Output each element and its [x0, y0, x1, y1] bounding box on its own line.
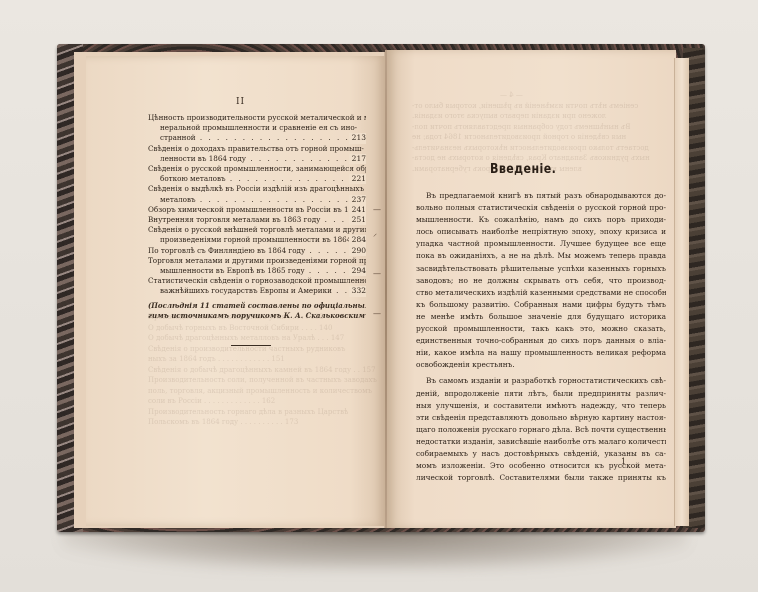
- bleedthrough-line: Польскомъ въ 1864 году . . . . . . . . .…: [148, 417, 298, 427]
- toc-leader-dots: . . . . . . . . . . . . . . . . . . . . …: [196, 133, 366, 142]
- toc-entry-text: ленности въ 1864 году . . . . . . . . . …: [148, 154, 366, 164]
- text-line: ныя улучшенія, и составители имѣютъ наде…: [416, 400, 666, 412]
- toc-entry: Внутренняя торговля металами въ 1863 год…: [148, 215, 366, 225]
- chapter-title: Введеніе.: [490, 162, 556, 177]
- bleedthrough-line: достаетъ только производительности нѣкот…: [412, 143, 649, 153]
- toc-entry-text-last: По торговлѣ съ Финляндіею въ 1864 году: [148, 246, 305, 255]
- bleedthrough-line: О добычѣ горныхъ въ Восточной Сибири . .…: [148, 323, 332, 333]
- text-line: русской промышленности, такъ какъ это, м…: [416, 323, 666, 335]
- toc-entry: Свѣденія о русской внѣшней торговлѣ мета…: [148, 225, 366, 245]
- toc-note-line: (Послѣднія 11 статей составлены по офиці…: [148, 301, 366, 311]
- toc-entry: Обзоръ химической промышленности въ Росс…: [148, 205, 366, 215]
- text-line: къ большому развитію. Собранныя нами циф…: [416, 299, 666, 311]
- bleedthrough-line: ныхъ за 1864 годъ . . . . . . . . . . . …: [148, 354, 285, 364]
- bleedthrough-line: Въ нынѣшнемъ году собранныя представляют…: [412, 122, 630, 132]
- toc-entry-text: неральной промышленности и сравненіе ея …: [148, 123, 366, 133]
- text-line: Въ самомъ изданіи и разработкѣ горностат…: [416, 375, 666, 387]
- text-line: пока въ ожиданіяхъ, а не на дѣлѣ. Мы мож…: [416, 250, 666, 262]
- toc-entry-text-last: Обзоръ химической промышленности въ Росс…: [148, 205, 366, 214]
- text-line: ство металическихъ издѣлій казенными сре…: [416, 287, 666, 299]
- toc-entry-text: Свѣденія о доходахъ правительства отъ го…: [148, 144, 366, 154]
- bleedthrough-line: поль, торговля, акцизный промышленность …: [148, 386, 372, 396]
- toc-entry: Торговля металами и другими произведенія…: [148, 256, 366, 276]
- toc-entry: По торговлѣ съ Финляндіею въ 1864 году .…: [148, 246, 366, 256]
- toc-page-number: 241: [349, 205, 366, 215]
- section-rule: [231, 345, 271, 346]
- folio-number: II: [236, 97, 245, 107]
- paragraph: Въ самомъ изданіи и разработкѣ горностат…: [416, 375, 666, 484]
- bleedthrough-line: ложено при изданіи перваго выпуска этого…: [412, 111, 606, 121]
- toc-page-number: 221: [349, 174, 366, 184]
- toc-entry: Цѣнность производительности русской мета…: [148, 113, 366, 144]
- toc-list: Цѣнность производительности русской мета…: [148, 113, 366, 297]
- introduction-text: Въ предлагаемой книгѣ въ пятый разъ обна…: [416, 190, 666, 488]
- bleedthrough-line: Свѣденія о добычѣ драгоцѣнныхъ камней въ…: [148, 365, 376, 375]
- toc-page-number: 217: [349, 154, 366, 164]
- text-line: деній, впродолженіе пяти лѣтъ, были пред…: [416, 388, 666, 400]
- toc-entry-text-last: металовъ: [160, 195, 196, 204]
- bleedthrough-line: Производительность горнаго дѣла в разных…: [148, 407, 348, 417]
- margin-mark: ⸝: [373, 228, 377, 239]
- toc-entry-text: мышленности въ Европѣ въ 1865 году . . .…: [148, 266, 366, 276]
- toc-entry-text: металовъ . . . . . . . . . . . . . . . .…: [148, 195, 366, 205]
- bleedthrough-line: — 4 —: [500, 90, 523, 100]
- text-line: лической торговлѣ. Составителями были та…: [416, 472, 666, 484]
- toc-page-number: 294: [349, 266, 366, 276]
- bleedthrough-line: О добычѣ драгоцѣнныхъ металловъ на Уралѣ…: [148, 333, 344, 343]
- toc-entry-text: важнѣйшихъ государствъ Европы и Америки …: [148, 286, 366, 296]
- toc-entry-text: По торговлѣ съ Финляндіею въ 1864 году .…: [148, 246, 366, 256]
- toc-entry: Свѣденія о доходахъ правительства отъ го…: [148, 144, 366, 164]
- toc-author-note: (Послѣднія 11 статей составлены по офиці…: [148, 301, 366, 321]
- toc-entry-text-last: важнѣйшихъ государствъ Европы и Америки: [160, 286, 332, 295]
- text-line: щаго положенія русскаго горнаго дѣла. Вс…: [416, 424, 666, 436]
- toc-entry: Статистическія свѣденія о горнозаводской…: [148, 276, 366, 296]
- toc-entry-text: Цѣнность производительности русской мета…: [148, 113, 366, 123]
- toc-page-number: 251: [349, 215, 366, 225]
- text-line: эти свѣденія представляютъ довольно вѣрн…: [416, 412, 666, 424]
- margin-mark: —: [373, 309, 381, 318]
- bleedthrough-line: сеніемъ нѣтъ почти измѣненій въ рѣшеніи,…: [412, 101, 638, 111]
- toc-note-line: гимъ источникамъ поручикомъ К. А. Скальк…: [148, 311, 366, 321]
- toc-entry: Свѣденія о выдѣлкѣ въ Россіи издѣлій изъ…: [148, 184, 366, 204]
- toc-entry-text: Свѣденія о выдѣлкѣ въ Россіи издѣлій изъ…: [148, 184, 366, 194]
- toc-entry-text: боткою металовъ . . . . . . . . . . . . …: [148, 174, 366, 184]
- toc-entry: Свѣденія о русской промышленности, заним…: [148, 164, 366, 184]
- toc-page-number: 284: [349, 235, 366, 245]
- toc-entry-text-last: странной: [160, 133, 196, 142]
- toc-page-number: 332: [349, 286, 366, 296]
- text-line: недостатки изданія, зависѣвшіе наиболѣе …: [416, 436, 666, 448]
- toc-page-number: 290: [349, 246, 366, 256]
- text-line: ніи, какое имѣла на нашу промышленность …: [416, 347, 666, 359]
- toc-entry-text: Обзоръ химической промышленности въ Росс…: [148, 205, 366, 215]
- bleedthrough-line: соли въ Россіи . . . . . . . . . . . . .…: [148, 396, 275, 406]
- toc-entry-text: Статистическія свѣденія о горнозаводской…: [148, 276, 366, 286]
- bleedthrough-line: ныя свѣденія о горной производительности…: [412, 132, 626, 142]
- text-line: Въ предлагаемой книгѣ въ пятый разъ обна…: [416, 190, 666, 202]
- text-line: заводовъ; но не должны скрывать отъ себя…: [416, 275, 666, 287]
- toc-entry-text: Свѣденія о русской внѣшней торговлѣ мета…: [148, 225, 366, 235]
- text-line: единственныя точно-собранныя до сихъ пор…: [416, 335, 666, 347]
- book-gutter: [385, 50, 387, 528]
- margin-mark: —: [373, 205, 381, 214]
- toc-page-number: 237: [349, 195, 366, 205]
- toc-entry-text: Свѣденія о русской промышленности, заним…: [148, 164, 366, 174]
- toc-entry-text-last: мышленности въ Европѣ въ 1865 году: [160, 266, 305, 275]
- table-of-contents: Цѣнность производительности русской мета…: [148, 113, 366, 321]
- paragraph: Въ предлагаемой книгѣ въ пятый разъ обна…: [416, 190, 666, 371]
- toc-entry-text-last: произведеніями горной промышленности въ …: [160, 235, 366, 244]
- text-line: лось описывать наиболѣе непріятную эпоху…: [416, 226, 666, 238]
- margin-mark: —: [373, 269, 381, 278]
- toc-entry-text: Торговля металами и другими произведенія…: [148, 256, 366, 266]
- page-number: 1: [621, 457, 626, 466]
- right-page-edges: [674, 58, 689, 526]
- text-line: упадка частной промышленности. Лучшее бу…: [416, 238, 666, 250]
- text-line: вольно полныя статистическія свѣденія о …: [416, 202, 666, 214]
- text-line: момъ изложеніи. Это особенно относится к…: [416, 460, 666, 472]
- toc-entry-text-last: Внутренняя торговля металами въ 1863 год…: [148, 215, 320, 224]
- text-line: собираемыхъ у насъ достовѣрныхъ свѣденій…: [416, 448, 666, 460]
- toc-page-number: 213: [349, 133, 366, 143]
- text-line: освобожденія крестьянъ.: [416, 359, 666, 371]
- text-line: не менѣе имѣть большое значеніе для буду…: [416, 311, 666, 323]
- text-line: засвидѣтельствовать рѣшительные успѣхи к…: [416, 263, 666, 275]
- toc-entry-text-last: ленности въ 1864 году: [160, 154, 246, 163]
- toc-entry-text: странной . . . . . . . . . . . . . . . .…: [148, 133, 366, 143]
- toc-entry-text: произведеніями горной промышленности въ …: [148, 235, 366, 245]
- toc-leader-dots: . . . . . . . . . . . . . . . . . . . . …: [196, 195, 366, 204]
- toc-entry-text-last: боткою металовъ: [160, 174, 226, 183]
- toc-entry-text: Внутренняя торговля металами въ 1863 год…: [148, 215, 366, 225]
- text-line: мышленности. Къ сожалѣнію, намъ до сихъ …: [416, 214, 666, 226]
- bleedthrough-line: Производительность соли, полученной въ ч…: [148, 375, 377, 385]
- toc-leader-dots: . . . . . . . . . . . . . . . . . . . . …: [226, 174, 366, 183]
